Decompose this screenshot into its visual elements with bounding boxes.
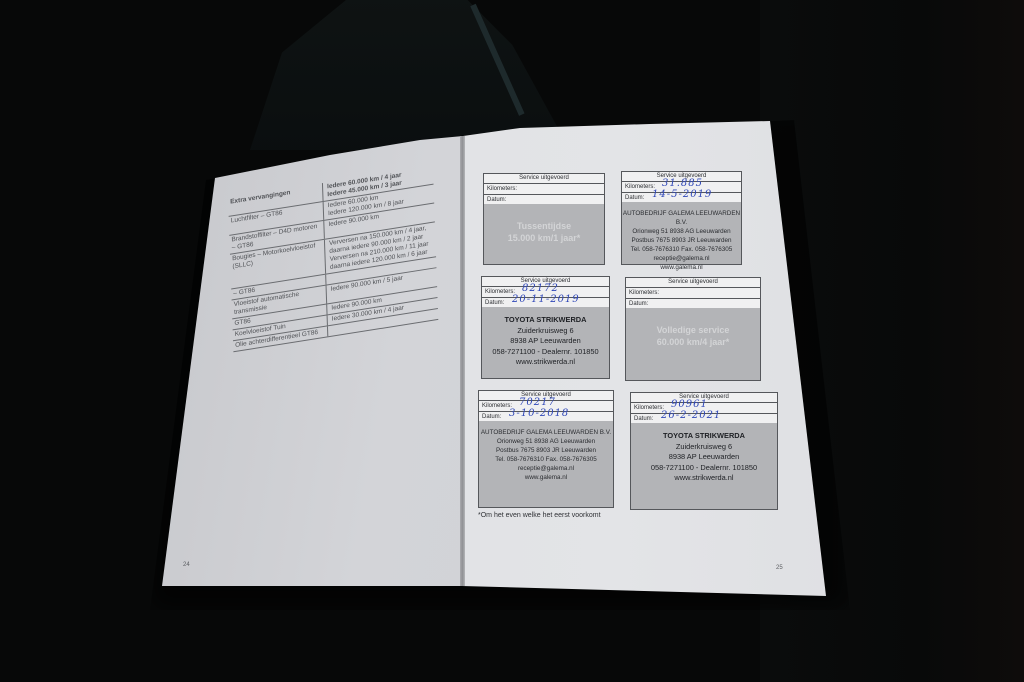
dealer-stamp-toyota: TOYOTA STRIKWERDAZuiderkruisweg 68938 AP… <box>482 307 609 368</box>
service-box-body: Volledige service60.000 km/4 jaar* <box>626 308 760 380</box>
service-box: Service uitgevoerdKilometers:82172Datum:… <box>481 276 610 379</box>
service-box: Service uitgevoerdKilometers:70217Datum:… <box>478 390 614 508</box>
service-box: Service uitgevoerdKilometers:90961Datum:… <box>630 392 778 510</box>
service-box: Service uitgevoerdKilometers:31.885Datum… <box>621 171 742 265</box>
dealer-stamp-toyota: TOYOTA STRIKWERDAZuiderkruisweg 68938 AP… <box>631 423 777 484</box>
page-number-left: 24 <box>183 562 190 568</box>
handwritten-date: 3-10-2018 <box>509 409 569 419</box>
service-watermark: Volledige service60.000 km/4 jaar* <box>626 308 760 348</box>
handwritten-kilometers: 82172 <box>522 284 559 294</box>
handwritten-date: 20-11-2019 <box>512 295 580 305</box>
service-box-body: Tussentijdse15.000 km/1 jaar* <box>484 204 604 264</box>
background-seat-headrest <box>250 0 570 150</box>
handwritten-kilometers: 70217 <box>519 398 556 408</box>
service-box: Service uitgevoerdKilometers:Datum:Tusse… <box>483 173 605 265</box>
handwritten-date: 26-2-2021 <box>661 411 721 421</box>
book-gutter <box>460 136 465 586</box>
kilometers-field: Kilometers: <box>484 184 604 195</box>
handwritten-kilometers: 90961 <box>671 400 708 410</box>
service-box-body: TOYOTA STRIKWERDAZuiderkruisweg 68938 AP… <box>631 423 777 509</box>
maintenance-table: Extra vervangingenIedere 60.000 km / 4 j… <box>228 166 438 353</box>
service-box-body: TOYOTA STRIKWERDAZuiderkruisweg 68938 AP… <box>482 307 609 378</box>
service-box-body: AUTOBEDRIJF GALEMA LEEUWARDEN B.V.Orionw… <box>622 202 741 264</box>
dealer-stamp-galema: AUTOBEDRIJF GALEMA LEEUWARDEN B.V.Orionw… <box>622 202 741 272</box>
service-box: Service uitgevoerdKilometers:Datum:Volle… <box>625 277 761 381</box>
service-box-title: Service uitgevoerd <box>626 278 760 288</box>
dealer-stamp-galema: AUTOBEDRIJF GALEMA LEEUWARDEN B.V.Orionw… <box>479 421 613 482</box>
handwritten-kilometers: 31.885 <box>662 179 703 189</box>
page-number-right: 25 <box>776 565 783 571</box>
handwritten-date: 14-5-2019 <box>652 190 712 200</box>
kilometers-field: Kilometers: <box>626 288 760 299</box>
service-box-title: Service uitgevoerd <box>484 174 604 184</box>
footnote: *Om het even welke het eerst voorkomt <box>478 512 601 519</box>
service-box-body: AUTOBEDRIJF GALEMA LEEUWARDEN B.V.Orionw… <box>479 421 613 507</box>
service-watermark: Tussentijdse15.000 km/1 jaar* <box>484 204 604 244</box>
